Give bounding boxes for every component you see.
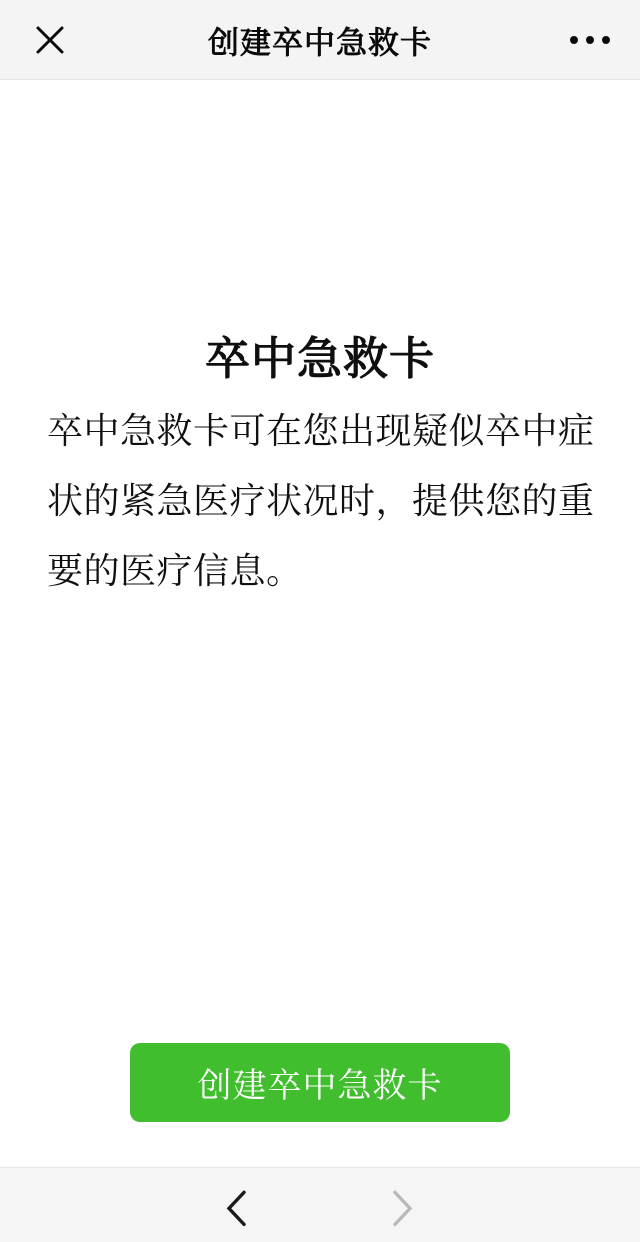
close-icon: [33, 23, 67, 57]
more-menu-icon: [570, 36, 610, 44]
stroke-card-page: 创建卒中急救卡 卒中急救卡 卒中急救卡可在您出现疑似卒中症状的紧急医疗状况时，提…: [0, 0, 640, 1242]
card-description: 卒中急救卡可在您出现疑似卒中症状的紧急医疗状况时，提供您的重要的医疗信息。: [47, 396, 599, 606]
card-heading: 卒中急救卡: [0, 333, 640, 385]
navbar: 创建卒中急救卡: [0, 0, 640, 80]
chevron-right-icon: [391, 1189, 415, 1227]
close-button[interactable]: [26, 16, 74, 64]
page-title: 创建卒中急救卡: [208, 17, 432, 62]
create-card-button[interactable]: 创建卒中急救卡: [130, 1043, 510, 1122]
back-button[interactable]: [204, 1180, 268, 1236]
forward-button[interactable]: [371, 1180, 435, 1236]
browser-nav-bar: [0, 1167, 640, 1242]
more-menu-button[interactable]: [566, 16, 614, 64]
chevron-left-icon: [224, 1189, 248, 1227]
